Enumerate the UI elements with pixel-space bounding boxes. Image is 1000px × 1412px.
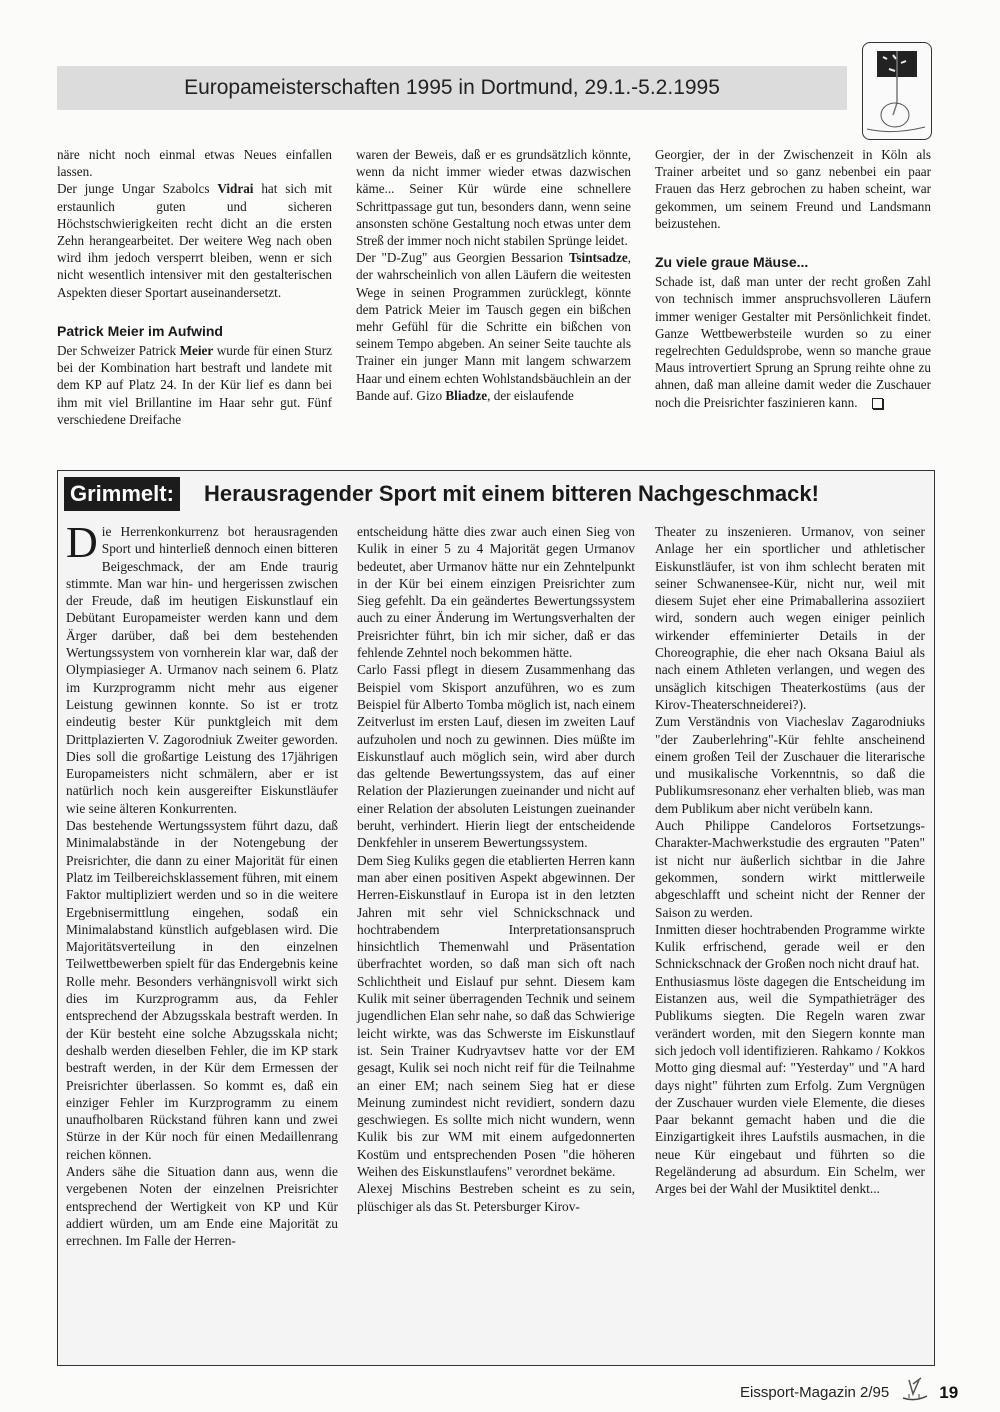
paragraph: Der Schweizer Patrick Meier wurde für ei… <box>57 342 332 428</box>
article-column-3: Georgier, der in der Zwischenzeit in Köl… <box>655 146 931 411</box>
paragraph: Schade ist, daß man unter der recht groß… <box>655 273 931 411</box>
page-footer: Eissport-Magazin 2/95 19 <box>740 1376 958 1409</box>
subheading: Zu viele graue Mäuse... <box>655 254 931 271</box>
drop-cap: D <box>66 525 98 561</box>
article-column-2: waren der Beweis, daß er es grundsätzlic… <box>356 146 631 404</box>
article-column-1: näre nicht noch einmal etwas Neues einfa… <box>57 146 332 428</box>
page-number: 19 <box>939 1383 958 1403</box>
magazine-issue: Eissport-Magazin 2/95 <box>740 1384 889 1401</box>
paragraph: Carlo Fassi pflegt in diesem Zusammenhan… <box>357 661 635 851</box>
paragraph: Enthusiasmus löste dagegen die Entscheid… <box>655 973 925 1198</box>
paragraph: Der "D-Zug" aus Georgien Bessarion Tsint… <box>356 249 631 404</box>
paragraph: Der junge Ungar Szabolcs Vidrai hat sich… <box>57 180 332 300</box>
header-band: Europameisterschaften 1995 in Dortmund, … <box>57 66 847 110</box>
commentary-column-2: entscheidung hätte dies zwar auch einen … <box>357 523 635 1215</box>
paragraph: waren der Beweis, daß er es grundsätzlic… <box>356 146 631 249</box>
author-label: Grimmelt: <box>64 477 180 511</box>
commentary-title: Herausragender Sport mit einem bitteren … <box>204 477 819 511</box>
skater-name: Tsintsadze <box>569 250 628 265</box>
skate-logo-icon <box>899 1376 929 1409</box>
paragraph: Anders sähe die Situation dann aus, wenn… <box>66 1163 338 1249</box>
end-of-article-icon <box>872 398 883 409</box>
skating-figure-logo-icon <box>862 42 932 140</box>
subheading: Patrick Meier im Aufwind <box>57 323 332 340</box>
trainer-name: Bliadze <box>445 388 487 403</box>
paragraph: Dem Sieg Kuliks gegen die etablierten He… <box>357 852 635 1181</box>
paragraph: Zum Verständnis von Viacheslav Zagarodni… <box>655 713 925 817</box>
skater-name: Vidrai <box>217 181 253 196</box>
paragraph: Auch Philippe Candeloros Fortsetzungs-Ch… <box>655 817 925 921</box>
paragraph: Alexej Mischins Bestreben scheint es zu … <box>357 1180 635 1215</box>
commentary-column-1: Die Herrenkonkurrenz bot herausragenden … <box>66 523 338 1249</box>
paragraph: Theater zu inszenieren. Urmanov, von sei… <box>655 523 925 713</box>
paragraph: entscheidung hätte dies zwar auch einen … <box>357 523 635 661</box>
paragraph: Inmitten dieser hochtrabenden Programme … <box>655 921 925 973</box>
paragraph: Das bestehende Wertungssystem führt dazu… <box>66 817 338 1163</box>
paragraph: Die Herrenkonkurrenz bot herausragenden … <box>66 523 338 817</box>
commentary-box: Grimmelt: Herausragender Sport mit einem… <box>57 470 935 1366</box>
commentary-column-3: Theater zu inszenieren. Urmanov, von sei… <box>655 523 925 1198</box>
page-title: Europameisterschaften 1995 in Dortmund, … <box>184 76 720 100</box>
paragraph: näre nicht noch einmal etwas Neues einfa… <box>57 146 332 180</box>
paragraph: Georgier, der in der Zwischenzeit in Köl… <box>655 146 931 232</box>
commentary-title-band: Grimmelt: Herausragender Sport mit einem… <box>58 471 934 515</box>
skater-name: Meier <box>180 343 214 358</box>
